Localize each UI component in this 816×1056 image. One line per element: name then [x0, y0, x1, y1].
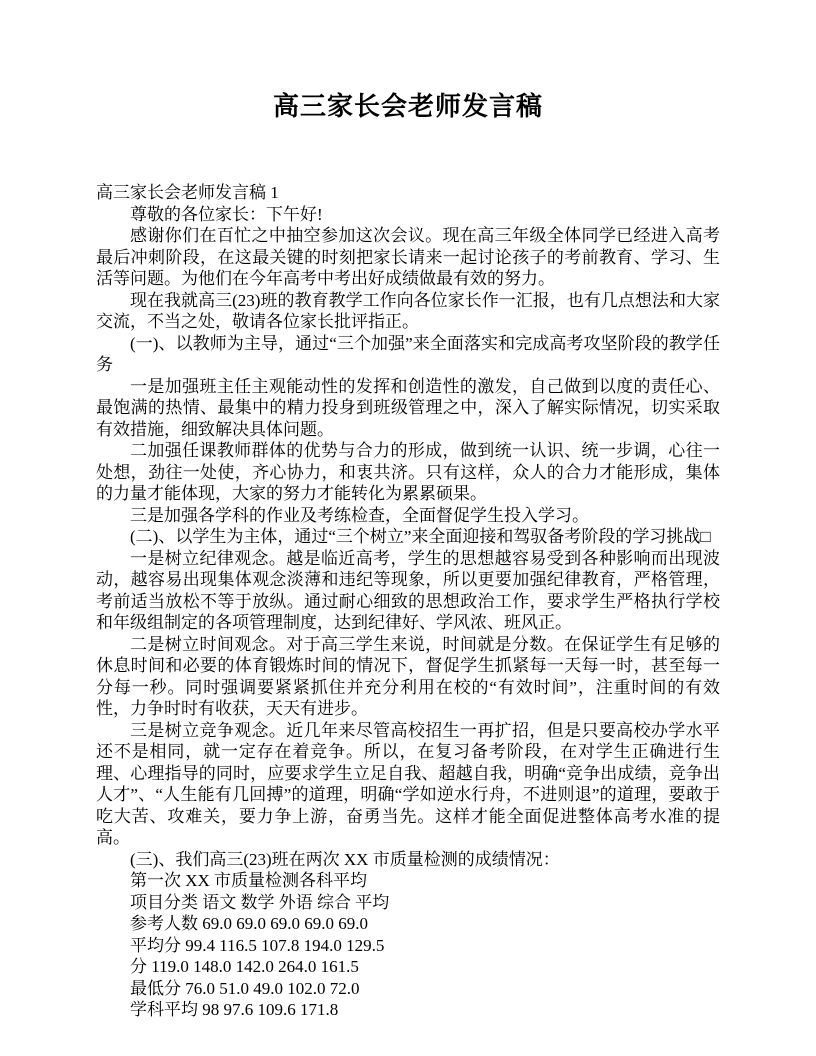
- score-header-line: 项目分类 语文 数学 外语 综合 平均: [96, 892, 720, 914]
- paragraph: 三是树立竞争观念。近几年来尽管高校招生一再扩招，但是只要高校办学水平还不是相同，…: [96, 720, 720, 849]
- doc-subtitle-line: 高三家长会老师发言稿 1: [96, 182, 720, 204]
- document-title: 高三家长会老师发言稿: [96, 92, 720, 122]
- paragraph: 感谢你们在百忙之中抽空参加这次会议。现在高三年级全体同学已经进入高考最后冲刺阶段…: [96, 225, 720, 290]
- paragraph: 二加强任课教师群体的优势与合力的形成，做到统一认识、统一步调，心往一处想，劲往一…: [96, 440, 720, 505]
- section-heading-1: (一)、以教师为主导，通过“三个加强”来全面落实和完成高考攻坚阶段的教学任务: [96, 333, 720, 376]
- paragraph: 三是加强各学科的作业及考练检查，全面督促学生投入学习。: [96, 505, 720, 527]
- score-line: 最低分 76.0 51.0 49.0 102.0 72.0: [96, 978, 720, 1000]
- document-page: 高三家长会老师发言稿 高三家长会老师发言稿 1 尊敬的各位家长：下午好! 感谢你…: [0, 0, 816, 1056]
- section-heading-3: (三)、我们高三(23)班在两次 XX 市质量检测的成绩情况：: [96, 849, 720, 871]
- paragraph: 一是树立纪律观念。越是临近高考，学生的思想越容易受到各种影响而出现波动，越容易出…: [96, 548, 720, 634]
- score-line: 平均分 99.4 116.5 107.8 194.0 129.5: [96, 935, 720, 957]
- paragraph: 现在我就高三(23)班的教育教学工作向各位家长作一汇报，也有几点想法和大家交流，…: [96, 290, 720, 333]
- score-line: 分 119.0 148.0 142.0 264.0 161.5: [96, 956, 720, 978]
- paragraph: 二是树立时间观念。对于高三学生来说，时间就是分数。在保证学生有足够的休息时间和必…: [96, 634, 720, 720]
- document-body: 高三家长会老师发言稿 1 尊敬的各位家长：下午好! 感谢你们在百忙之中抽空参加这…: [96, 182, 720, 1021]
- paragraph: 一是加强班主任主观能动性的发挥和创造性的激发，自己做到以度的责任心、最饱满的热情…: [96, 376, 720, 441]
- score-table-title: 第一次 XX 市质量检测各科平均: [96, 870, 720, 892]
- score-line: 学科平均 98 97.6 109.6 171.8: [96, 999, 720, 1021]
- section-heading-2: (二)、以学生为主体，通过“三个树立”来全面迎接和驾驭备考阶段的学习挑战□: [96, 526, 720, 548]
- salutation-line: 尊敬的各位家长：下午好!: [96, 204, 720, 226]
- score-line: 参考人数 69.0 69.0 69.0 69.0 69.0: [96, 913, 720, 935]
